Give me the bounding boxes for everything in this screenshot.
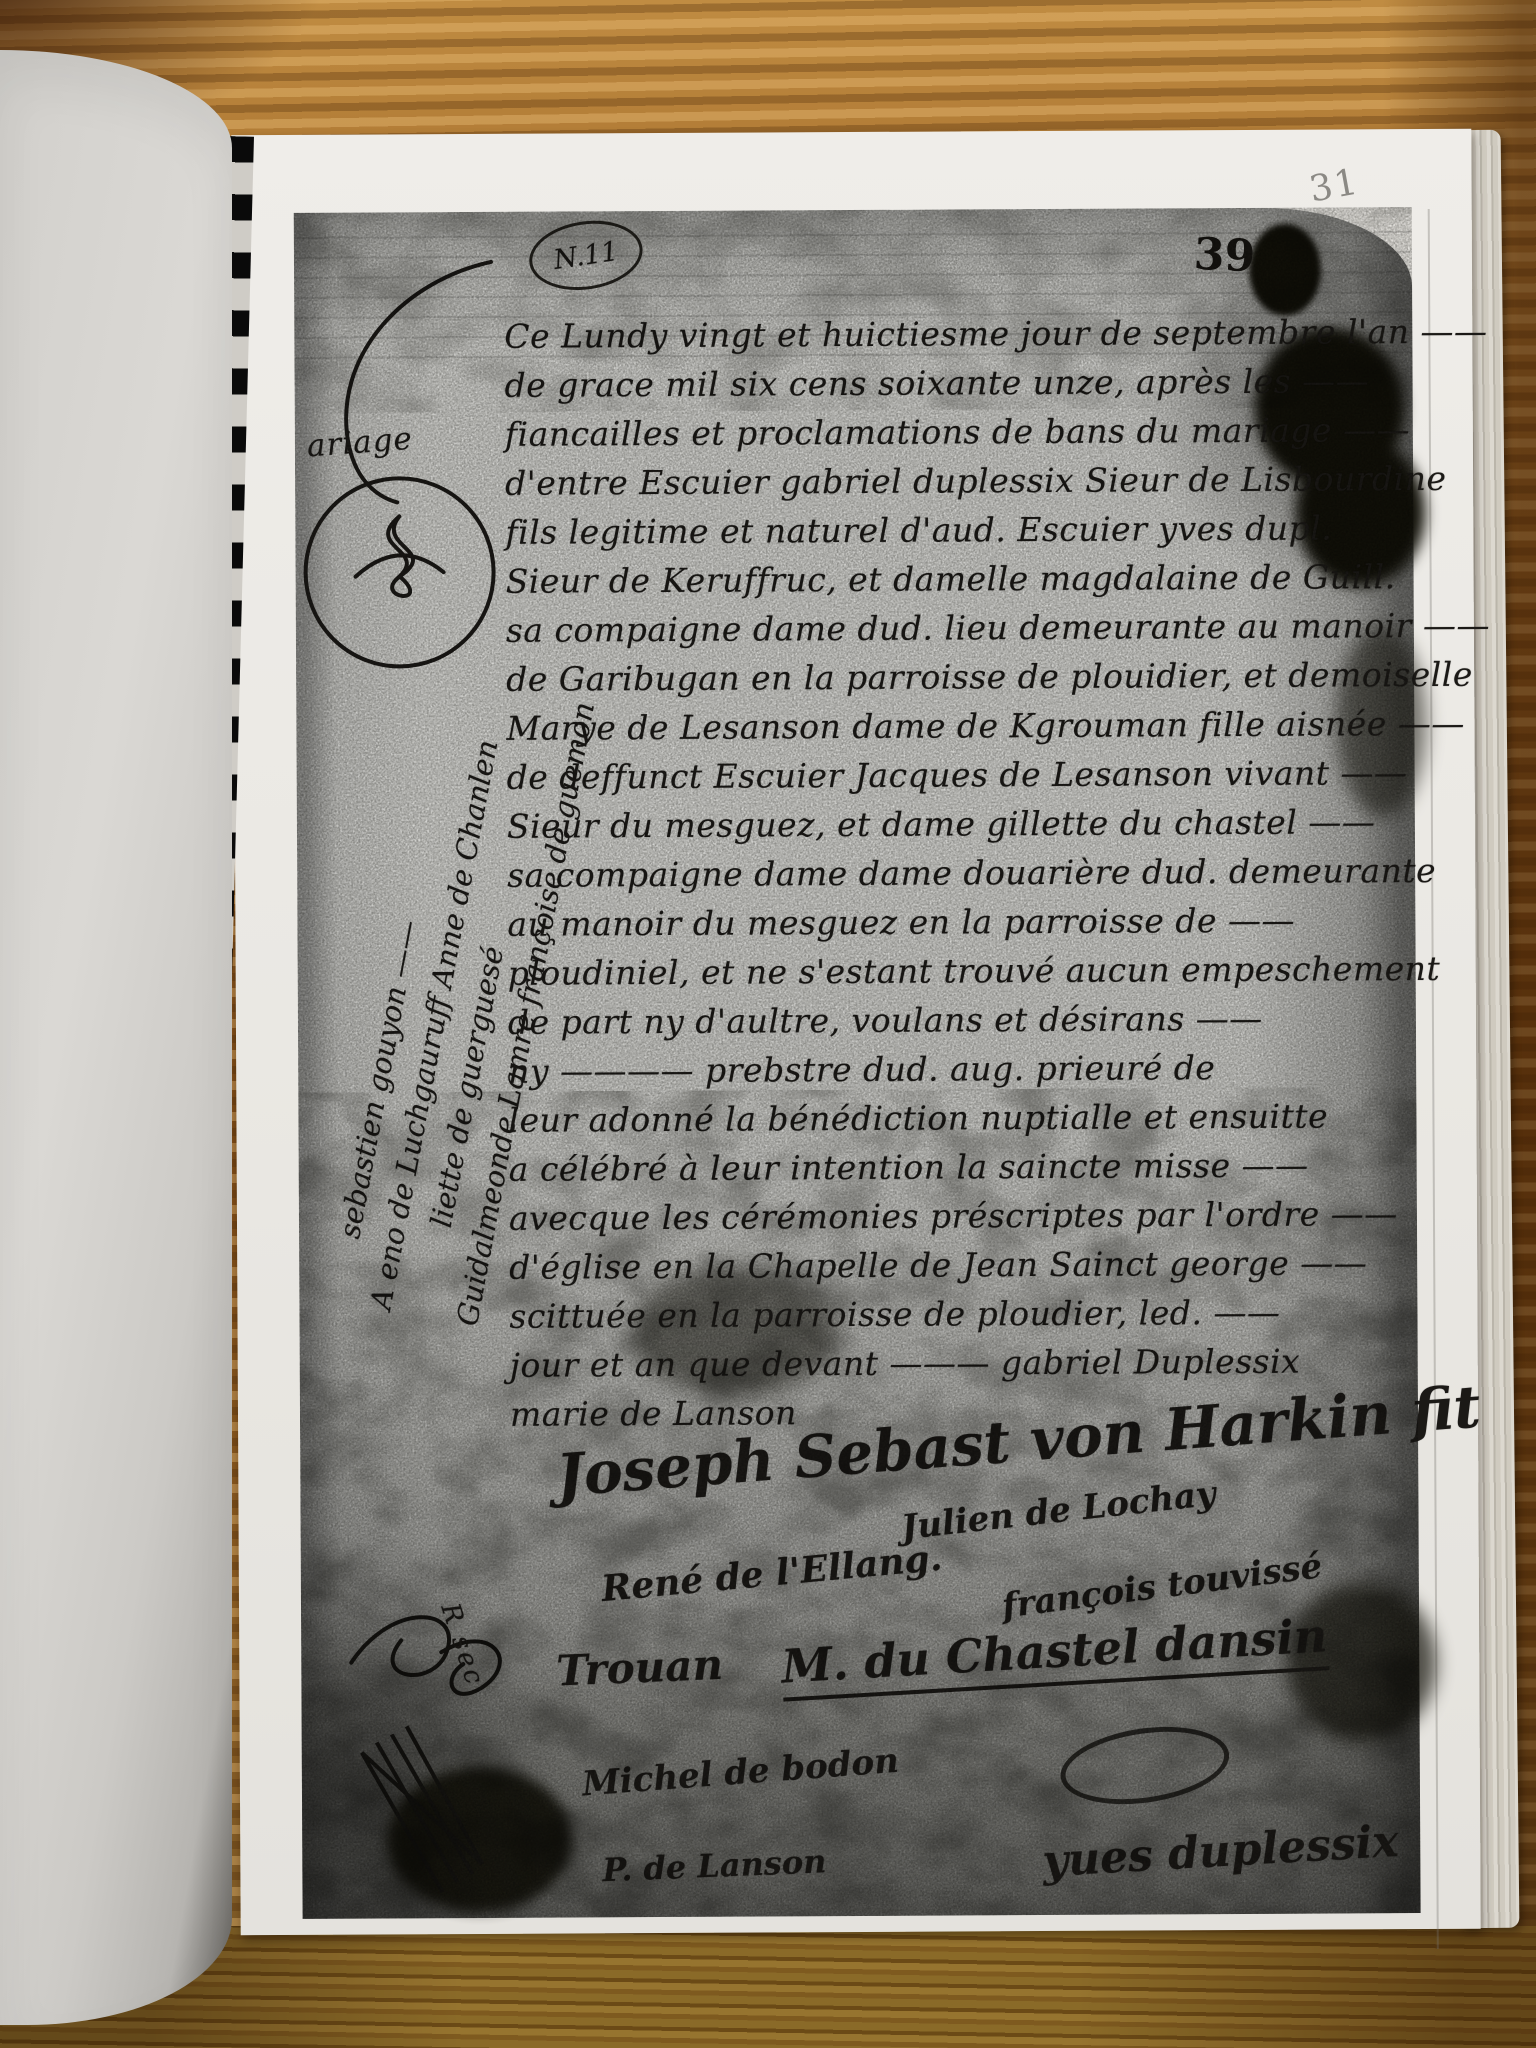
act-line: scittuée en la parroisse de ploudier, le…	[509, 1287, 1449, 1341]
signature: Trouan	[555, 1640, 723, 1696]
wood-table-surface	[0, 1926, 1536, 2048]
act-line: sa compaigne dame dud. lieu demeurante a…	[506, 601, 1446, 655]
act-line: fils legitime et naturel d'aud. Escuier …	[505, 503, 1445, 557]
act-line: de deffunct Escuier Jacques de Lesanson …	[507, 748, 1447, 802]
photocopied-manuscript-area: N.11 39 ariage Ce Lundy vingt et huictie…	[294, 207, 1421, 1919]
act-line: ploudiniel, et ne s'estant trouvé aucun …	[508, 944, 1448, 998]
act-line: a célébré à leur intention la saincte mi…	[509, 1140, 1449, 1194]
register-right-page: 31 N.11 39 ariage Ce Lundy vingt et huic…	[231, 129, 1480, 1935]
corner-scribble-flourish	[321, 1592, 543, 1913]
act-line: d'église en la Chapelle de Jean Sainct g…	[509, 1238, 1449, 1292]
act-line: Sieur du mesguez, et dame gillette du ch…	[507, 797, 1447, 851]
act-line: ny ———— prebstre dud. aug. prieuré de	[508, 1042, 1448, 1096]
act-line: Sieur de Keruffruc, et damelle magdalain…	[506, 552, 1446, 606]
act-line: leur adonné la bénédiction nuptialle et …	[508, 1091, 1448, 1145]
ink-page-number: 39	[1193, 229, 1257, 283]
act-line: d'entre Escuier gabriel duplessix Sieur …	[505, 454, 1445, 508]
act-line: fiancailles et proclamations de bans du …	[505, 405, 1445, 459]
act-line: jour et an que devant ——— gabriel Duples…	[510, 1336, 1450, 1390]
ink-blot	[1249, 224, 1321, 316]
pencil-folio-number: 31	[1306, 161, 1362, 210]
act-line: sa compaigne dame dame douarière dud. de…	[507, 846, 1447, 900]
act-line: Marye de Lesanson dame de Kgrouman fille…	[506, 699, 1446, 753]
act-line: au manoir du mesguez en la parroisse de …	[507, 895, 1447, 949]
register-left-page	[0, 50, 232, 2025]
act-line: de part ny d'aultre, voulans et désirans…	[508, 993, 1448, 1047]
act-line: avecque les cérémonies préscriptes par l…	[509, 1189, 1449, 1243]
act-line: de Garibugan en la parroisse de plouidie…	[506, 650, 1446, 704]
signature: Julien de Lochay	[899, 1474, 1217, 1548]
act-line: de grace mil six cens soixante unze, apr…	[504, 356, 1444, 410]
act-line: Ce Lundy vingt et huictiesme jour de sep…	[504, 307, 1444, 361]
act-text-block: Ce Lundy vingt et huictiesme jour de sep…	[504, 307, 1450, 1439]
photo-of-register-on-table: { "photo": { "description": "Photocopy o…	[0, 0, 1536, 2048]
signature: René de l'Ellang.	[600, 1537, 944, 1610]
